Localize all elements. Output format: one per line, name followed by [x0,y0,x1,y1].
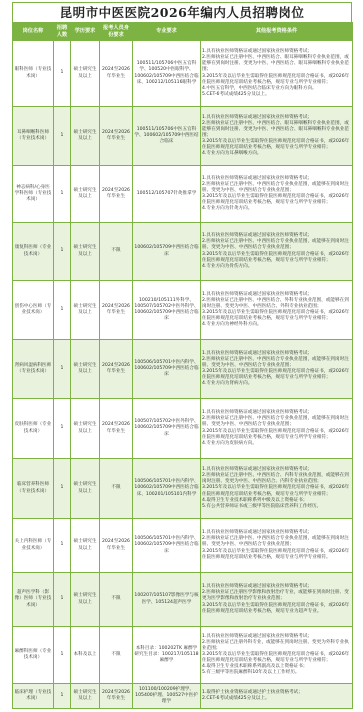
identity-cell: 2024至2026年毕业生 [100,519,133,573]
conditions-cell: 1.具有执业医师资格证或通过国家执业医师资格考试；2.医师执业证已注册中医、中西… [201,281,353,340]
major-cell: 本科目录：100202TK 麻醉学 研究生目录：100217/105118麻醉学 [133,627,201,684]
education-cell: 硕士研究生及以上 [71,573,100,627]
education-cell: 硕士研究生及以上 [71,166,100,223]
education-cell: 硕士研究生及以上 [71,519,100,573]
identity-cell: 2024至2026年毕业生 [100,41,133,107]
identity-cell: 不限 [100,223,133,281]
position-cell: 超声医学科（影像）医师（专业技术岗） [13,573,54,627]
condition-item: 2.医师执业证已注册外科专业，或能够在到岗时注册、变更为外科专业执业范围； [202,640,351,652]
education-cell: 硕士研究生及以上 [71,684,100,709]
table-row: 肾病风湿病科医师（专业技术岗）1硕士研究生及以上2024至2026年毕业生100… [13,340,353,399]
header-conditions: 其他报考资格条件 [201,23,353,41]
table-header-row: 岗位名称 招聘人数 学历要求 报考人员身份要求 专业要求 其他报考资格条件 [13,23,353,41]
identity-cell: 不限 [100,459,133,519]
condition-item: 2.CET-6考试成绩425分及以上。 [202,696,351,702]
table-row: 麻醉科医师（专业技术岗）1本科及以上不限本科目录：100202TK 麻醉学 研究… [13,627,353,684]
position-cell: 眼科医师（专业技术岗） [13,41,54,107]
header-count: 招聘人数 [54,23,71,41]
identity-cell: 2024至2026年毕业生 [100,281,133,340]
position-cell: 关上内科医师（专业技术岗） [13,519,54,573]
major-cell: 100602/105709中西医结合临床 [133,223,201,281]
table-row: 临床护理（专业技术岗）1硕士研究生及以上2024至2026年毕业生101100/… [13,684,353,709]
condition-item: 2.医师执业证已注册中医、中西医结合专业执业范围，或能够在到岗时注册、变更为中医… [202,536,351,548]
condition-item: 2.医师执业证已注册中医、中西医结合、眼耳鼻咽喉科专业执业范围，或能够在到岗时注… [202,121,351,139]
condition-item: 4.专业方向为耳鼻咽喉方向。 [202,151,351,157]
condition-item: 3.2015年及以后毕业生需取得住院医师规范化培训合格证书，或2026年住院医师… [202,74,351,86]
table-row: 临床营养科医师（专业技术岗）1硕士研究生及以上不限100506/105701中医… [13,459,353,519]
condition-item: 2.医师执业证已注册中医、中西医结合、外科专业执业范围，或能够在到岗时注册、变更… [202,298,351,310]
position-cell: 神志病科/心身医学科医师（专业技术岗） [13,166,54,223]
identity-cell: 不限 [100,573,133,627]
education-cell: 硕士研究生及以上 [71,107,100,166]
major-cell: 100207/105107影像医学与核医学、105124超声医学 [133,573,201,627]
condition-item: 2.医师执业证已注册中医、中西医结合专业执业范围，或能够在到岗时注册、变更为中医… [202,239,351,251]
condition-item: 4.专业方向为针灸方向。 [202,206,351,212]
position-cell: 麻醉科医师（专业技术岗） [13,627,54,684]
education-cell: 硕士研究生及以上 [71,340,100,399]
conditions-cell: 1.具有执业医师资格证或通过国家执业医师资格考试；2.医师执业证已注册中医、中西… [201,107,353,166]
major-cell: 100506/105701中医内科学、100602/105709中西医结合临床 [133,519,201,573]
header-position: 岗位名称 [13,23,54,41]
condition-item: 5.有三级甲等医院麻醉科10年及以上工作经历。 [202,670,351,676]
count-cell: 1 [54,519,71,573]
major-cell: 100511/105706中医五官科学、100520中医眼科学、100602/1… [133,41,201,107]
condition-item: 3.2015年及以后毕业生需取得住院医师规范化培训合格证书，或2026年住院医师… [202,139,351,151]
count-cell: 1 [54,340,71,399]
education-cell: 硕士研究生及以上 [71,223,100,281]
count-cell: 1 [54,684,71,709]
major-cell: 100506/105701中医内科学、100602/105709中西医结合临床 [133,340,201,399]
condition-item: 3.2015年及以后毕业生需取得住院医师规范化培训合格证书，或2026年住院医师… [202,485,351,497]
condition-item: 2.医师执业证已注册中医、中西医结合、眼耳鼻咽喉科专业执业范围，或能够在到岗时注… [202,55,351,73]
identity-cell: 不限 [100,627,133,684]
condition-item: 2.医师执业证已注册中医、中西医结合专业执业范围，或能够在到岗时注册、变更为中医… [202,416,351,428]
condition-item: 3.2015年及以后毕业生需取得住院医师规范化培训合格证书，或2026年住院医师… [202,252,351,264]
position-cell: 临床营养科医师（专业技术岗） [13,459,54,519]
education-cell: 硕士研究生及以上 [71,399,100,459]
condition-item: 3.2015年及以后毕业生需取得住院医师规范化培训合格证书，或2026年住院医师… [202,652,351,664]
table-row: 创伤中心医师（专业技术岗）1硕士研究生及以上2024至2026年毕业生10021… [13,281,353,340]
count-cell: 1 [54,399,71,459]
conditions-cell: 1.具有执业医师资格证或通过国家执业医师资格考试；2.医师执业证已注册中医、中西… [201,399,353,459]
table-row: 耳鼻咽喉科医师（专业技术岗）1硕士研究生及以上2024至2026年毕业生1005… [13,107,353,166]
condition-item: 4.专业方向为神经外科方向。 [202,322,351,328]
conditions-cell: 1.具有执业医师资格证或通过国家执业医师资格考试；2.医师执业证已注册医学影像和… [201,573,353,627]
condition-item: 3.2015年及以后毕业生需取得住院医师规范化培训合格证书，或2026年住院医师… [202,549,351,561]
table-body: 眼科医师（专业技术岗）1硕士研究生及以上2024至2026年毕业生100511/… [13,41,353,709]
education-cell: 本科及以上 [71,627,100,684]
conditions-cell: 1.取得护士执业资格证或通过护士执业资格考试；2.CET-6考试成绩425分及以… [201,684,353,709]
education-cell: 硕士研究生及以上 [71,281,100,340]
position-cell: 耳鼻咽喉科医师（专业技术岗） [13,107,54,166]
position-cell: 创伤中心医师（专业技术岗） [13,281,54,340]
count-cell: 1 [54,573,71,627]
count-cell: 1 [54,41,71,107]
conditions-cell: 1.具有执业医师资格证或通过国家执业医师资格考试；2.医师执业证已注册中医、中西… [201,41,353,107]
major-cell: 100507/105702中医外科学、100602/105709中西医结合临床 [133,399,201,459]
education-cell: 硕士研究生及以上 [71,459,100,519]
conditions-cell: 1.具有执业医师资格证或通过国家执业医师资格考试；2.医师执业证已注册中医、中西… [201,166,353,223]
education-cell: 硕士研究生及以上 [71,41,100,107]
count-cell: 1 [54,281,71,340]
page-title: 昆明市中医医院2026年编内人员招聘岗位 [12,2,352,22]
table-row: 眼科医师（专业技术岗）1硕士研究生及以上2024至2026年毕业生100511/… [13,41,353,107]
conditions-cell: 1.具有执业医师资格证或通过国家执业医师资格考试；2.医师执业证已注册中医、中西… [201,459,353,519]
position-cell: 肾病风湿病科医师（专业技术岗） [13,340,54,399]
count-cell: 1 [54,223,71,281]
positions-table: 岗位名称 招聘人数 学历要求 报考人员身份要求 专业要求 其他报考资格条件 眼科… [12,22,353,709]
header-education: 学历要求 [71,23,100,41]
identity-cell: 2024至2026年毕业生 [100,340,133,399]
major-cell: 100210/105111外科学、100507/105702中医外科学、1006… [133,281,201,340]
position-cell: 临床护理（专业技术岗） [13,684,54,709]
major-cell: 100506/105701中医内科学、100602/105709中西医结合临床、… [133,459,201,519]
condition-item: 5.CET-6考试成绩425分及以上。 [202,92,351,98]
condition-item: 5.有公共营养师证书或三级甲等医院临床营养科工作经历。 [202,504,351,510]
table-row: 超声医学科（影像）医师（专业技术岗）1硕士研究生及以上不限100207/1051… [13,573,353,627]
recruitment-page: 昆明市中医医院2026年编内人员招聘岗位 岗位名称 招聘人数 学历要求 报考人员… [0,0,363,712]
condition-item: 2.医师执业证已注册中医、中西医结合专业执业范围，或能够在到岗时注册、变更为中医… [202,182,351,194]
identity-cell: 2024至2026年毕业生 [100,684,133,709]
conditions-cell: 1.具有执业医师资格证或通过国家执业医师资格考试；2.医师执业证已注册中医、中西… [201,519,353,573]
condition-item: 2.医师执业证已注册中医、中西医结合、内科专业执业范围，或能够在到岗时注册、变更… [202,473,351,485]
condition-item: 3.2015年及以后毕业生需取得住院医师规范化培训合格证书，或2026年住院医师… [202,310,351,322]
identity-cell: 2024至2026年毕业生 [100,166,133,223]
count-cell: 1 [54,107,71,166]
major-cell: 100511/105706中医五官科学、100602/105709中西医结合临床 [133,107,201,166]
condition-item: 3.2015年及以后毕业生需取得住院医师规范化培训合格证书，或2026年住院医师… [202,429,351,441]
condition-item: 2.医师执业证已注册中医、中西医结合专业执业范围，或能够在到岗时注册、变更为中医… [202,357,351,369]
position-cell: 康复科医师（专业技术岗） [13,223,54,281]
condition-item: 4.专业方向为肾病方向。 [202,381,351,387]
identity-cell: 2024至2026年毕业生 [100,107,133,166]
table-row: 康复科医师（专业技术岗）1硕士研究生及以上不限100602/105709中西医结… [13,223,353,281]
condition-item: 4.专业方向为骨伤方向。 [202,264,351,270]
count-cell: 1 [54,627,71,684]
header-major: 专业要求 [133,23,201,41]
conditions-cell: 1.具有执业医师资格证或通过国家执业医师资格考试；2.医师执业证已注册中医、中西… [201,340,353,399]
conditions-cell: 1.具有执业医师资格证或通过国家执业医师资格考试；2.医师执业证已注册中医、中西… [201,223,353,281]
identity-cell: 2024至2026年毕业生 [100,399,133,459]
position-cell: 皮肤科医师（专业技术岗） [13,399,54,459]
major-cell: 101100/100209护理学、105400护理、100527中医护理学 [133,684,201,709]
table-row: 神志病科/心身医学科医师（专业技术岗）1硕士研究生及以上2024至2026年毕业… [13,166,353,223]
condition-item: 3.2015年及以后毕业生需取得住院医师规范化培训合格证书，或2026年住院医师… [202,369,351,381]
condition-item: 3.2015年及以后毕业生需取得住院医师规范化培训合格证书，或2026年住院医师… [202,194,351,206]
condition-item: 3.2015年及以后毕业生需取得住院医师规范化培训合格证书，或2026年住院医师… [202,603,351,615]
table-row: 关上内科医师（专业技术岗）1硕士研究生及以上2024至2026年毕业生10050… [13,519,353,573]
count-cell: 1 [54,459,71,519]
table-row: 皮肤科医师（专业技术岗）1硕士研究生及以上2024至2026年毕业生100507… [13,399,353,459]
count-cell: 1 [54,166,71,223]
conditions-cell: 1.具有执业医师资格证或通过国家执业医师资格考试；2.医师执业证已注册外科专业，… [201,627,353,684]
condition-item: 2.医师执业证已注册医学影像和放射治疗专业，或能够在到岗时注册、变更为医学影像和… [202,590,351,602]
major-cell: 100512/105707针灸推拿学 [133,166,201,223]
header-identity: 报考人员身份要求 [100,23,133,41]
condition-item: 4.专业方向为皮肤病方向。 [202,441,351,447]
